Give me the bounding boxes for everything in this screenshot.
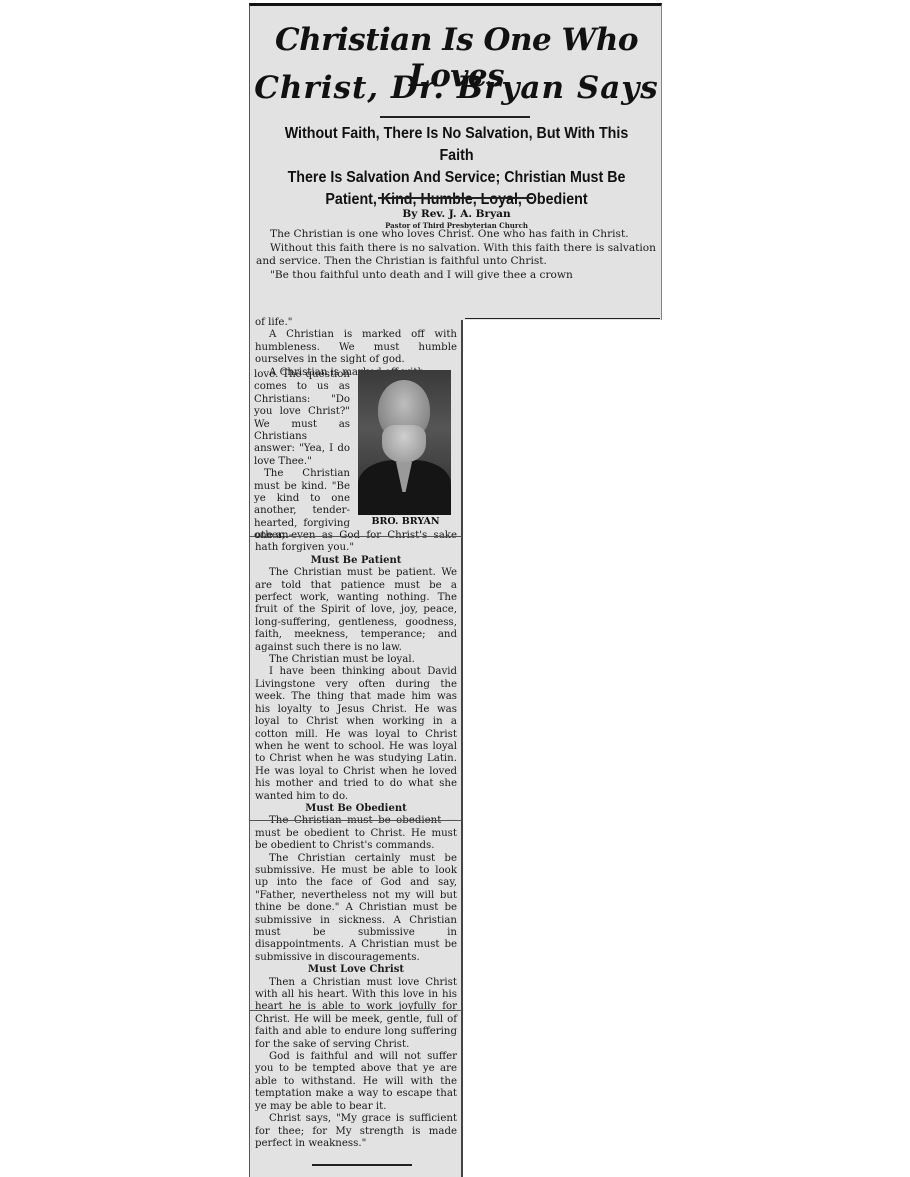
deck-line: There Is Salvation And Service; Christia… [267,167,647,189]
paragraph: I have been thinking about David Livings… [255,666,457,802]
photo-caption: BRO. BRYAN [358,516,453,527]
paragraph: The Christian must be loyal. [255,654,457,666]
paragraph: The Christian must be patient. We are to… [255,567,457,654]
end-rule [312,1164,412,1166]
section-heading: Must Be Obedient [255,803,457,815]
column-text-main: other, even as God for Christ's sake hat… [255,530,457,1150]
paragraph: A Christian is marked off with humblenes… [255,329,457,366]
paragraph: The Christian certainly must be submissi… [255,853,457,965]
headline-rule [380,116,530,118]
portrait-photo [358,370,451,515]
fold-crease [250,1010,462,1011]
paragraph: Christ says, "My grace is sufficient for… [255,1113,457,1150]
deck-line: Without Faith, There Is No Salvation, Bu… [267,123,647,167]
section-heading: Must Be Patient [255,555,457,567]
column-rule [465,318,660,319]
deck-rule [378,197,533,199]
fold-crease [250,820,462,821]
clipping-header-panel: Christian Is One Who Loves Christ, Dr. B… [249,3,662,320]
paragraph: love. The question comes to us as Christ… [254,369,350,468]
paragraph: of life." [255,317,457,329]
headline-line-2: Christ, Dr. Bryan Says [250,70,663,106]
paragraph: The Christian must be kind. "Be ye kind … [254,468,350,542]
section-heading: Must Love Christ [255,964,457,976]
paragraph: God is faithful and will not suffer you … [255,1051,457,1113]
byline: By Rev. J. A. Bryan [250,208,663,220]
paragraph: Then a Christian must love Christ with a… [255,977,457,1051]
intro-text: The Christian is one who loves Christ. O… [256,228,656,282]
paragraph: Without this faith there is no salvation… [256,242,656,269]
paragraph: "Be thou faithful unto death and I will … [256,269,656,283]
paragraph: The Christian is one who loves Christ. O… [256,228,656,242]
narrow-column-text: love. The question comes to us as Christ… [254,369,350,543]
